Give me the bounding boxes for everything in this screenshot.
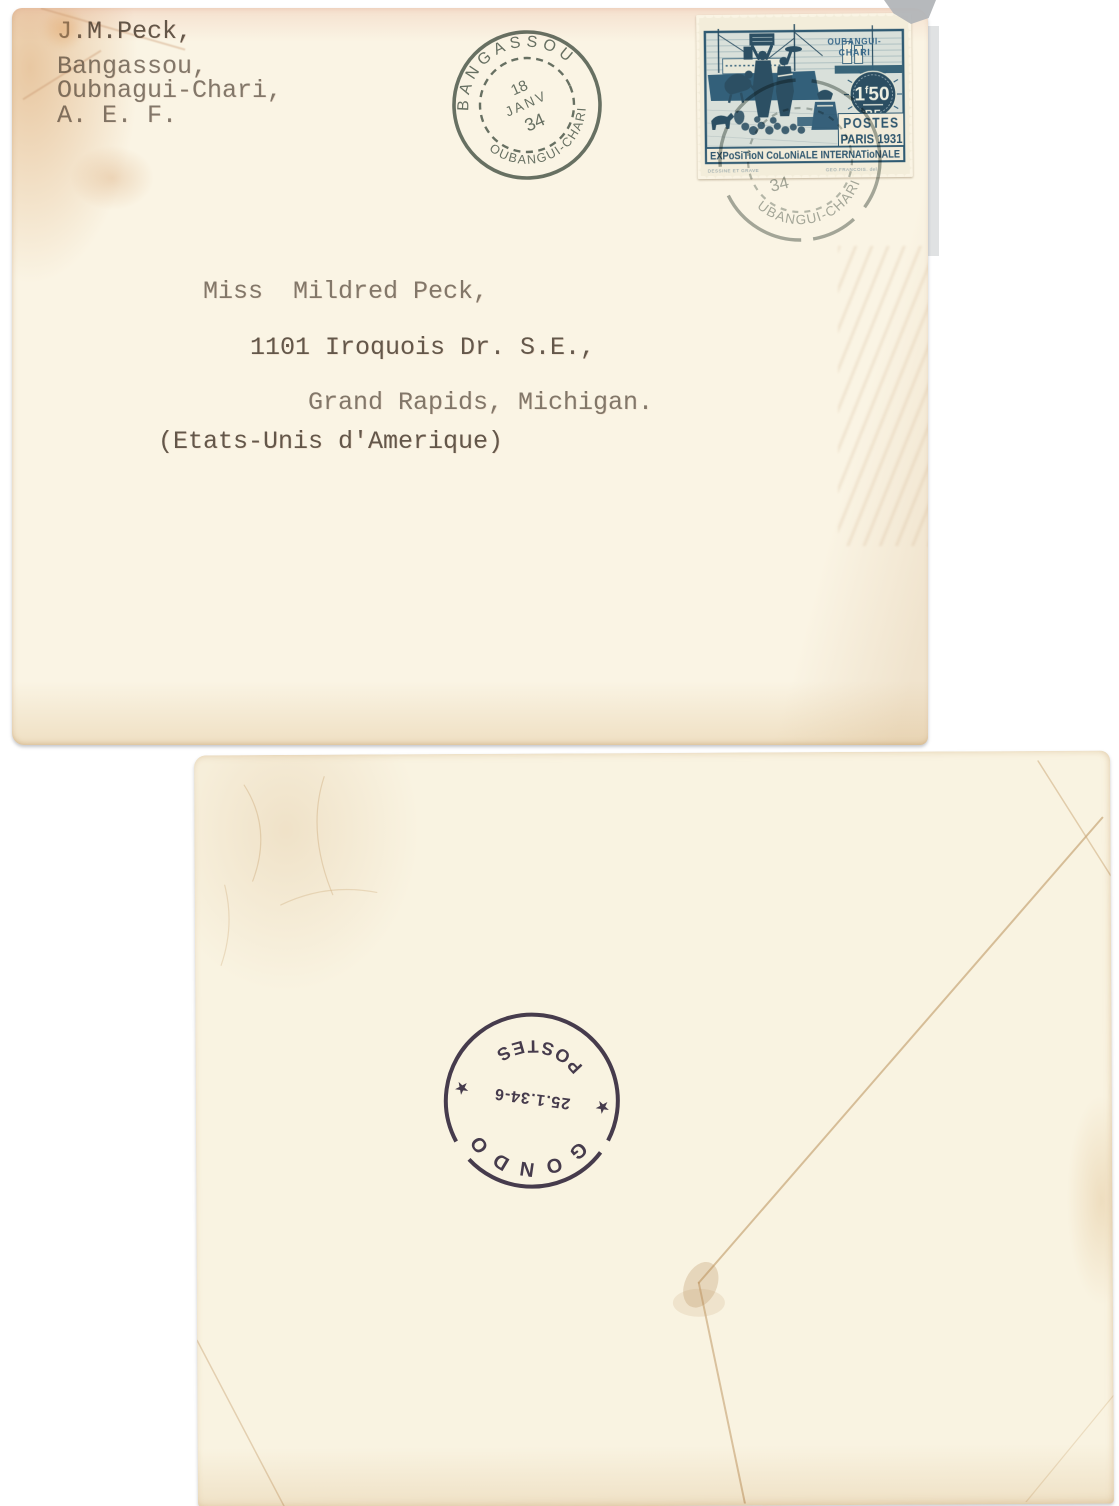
recipient-address-line: 1101 Iroquois Dr. S.E., xyxy=(250,333,595,362)
postmark-date-year: 34 xyxy=(522,109,548,135)
postmark-outer-circle xyxy=(431,9,624,202)
stamp-postes-label: POSTES xyxy=(843,115,899,133)
stamp-territory-line1: OUBANGUI- xyxy=(827,36,881,48)
stamp-imprint-left: DESSINE ET GRAVE xyxy=(708,168,759,174)
corner-crease xyxy=(1038,761,1111,876)
return-address-line: A. E. F. xyxy=(57,101,177,130)
recipient-address-line: Miss Mildred Peck, xyxy=(203,277,488,306)
stamp-banner-text: EXPoSiTioN CoLoNiALE INTERNATioNALE xyxy=(710,149,900,163)
crumple-line xyxy=(221,885,230,965)
back-overlay: GONDO POSTES ★ ★ 25.1.34-6 xyxy=(194,751,1114,1506)
stamp-paris-label: PARIS 1931 xyxy=(840,131,902,147)
envelope-back: GONDO POSTES ★ ★ 25.1.34-6 xyxy=(194,751,1114,1506)
transit-datestamp: GONDO POSTES ★ ★ 25.1.34-6 xyxy=(435,1004,628,1197)
recipient-address-line: Grand Rapids, Michigan. xyxy=(308,388,653,417)
paper-wrinkles xyxy=(838,246,928,546)
stamp-value: 1f50 xyxy=(854,84,889,105)
postmark-region-arc: UBANGUI-CHARI xyxy=(752,174,870,239)
postmark-office-arc: POSTES xyxy=(487,1030,589,1079)
flap-crease xyxy=(699,1283,745,1504)
flap-tip-shadow xyxy=(676,1256,725,1313)
corner-crease xyxy=(1025,1396,1114,1502)
star-icon: ★ xyxy=(594,1097,610,1116)
stamp-imprint-right: GEO.FRANCOIS. del xyxy=(826,167,878,173)
corner-crease xyxy=(197,1340,284,1506)
postmark-town-arc: GONDO xyxy=(456,1122,593,1188)
flap-tip-shadow xyxy=(673,1289,725,1317)
postmark-inner-dashed-circle xyxy=(465,43,589,167)
envelope-front: J.M.Peck, Bangassou, Oubnagui-Chari, A. … xyxy=(12,8,928,745)
postmark-date-day: 18 xyxy=(508,77,530,99)
crumple-line xyxy=(317,777,333,895)
postmark-circle xyxy=(435,1004,628,1197)
postmark-date: 25.1.34-6 xyxy=(493,1085,571,1112)
flap-crease xyxy=(696,818,1104,1283)
recipient-address-line: (Etats-Unis d'Amerique) xyxy=(158,427,503,456)
star-icon: ★ xyxy=(454,1078,470,1097)
bangassou-datestamp: BANGASSOU OUBANGUI-CHARI 18 JANV 34 xyxy=(431,9,624,202)
crumple-line xyxy=(281,889,377,905)
postage-stamp: OUBANGUI- CHARI 1f50 RF POSTES PARIS 193… xyxy=(696,13,913,179)
flap-creases xyxy=(194,761,1114,1506)
postmark-town-arc: BANGASSOU xyxy=(436,12,582,117)
postmark-date-month: JANV xyxy=(503,88,550,120)
postmark-region-arc: OUBANGUI-CHARI xyxy=(484,100,603,184)
crumple-line xyxy=(244,785,261,881)
return-address-line: J.M.Peck, xyxy=(57,17,192,46)
stamp-territory-line2: CHARI xyxy=(838,47,870,58)
